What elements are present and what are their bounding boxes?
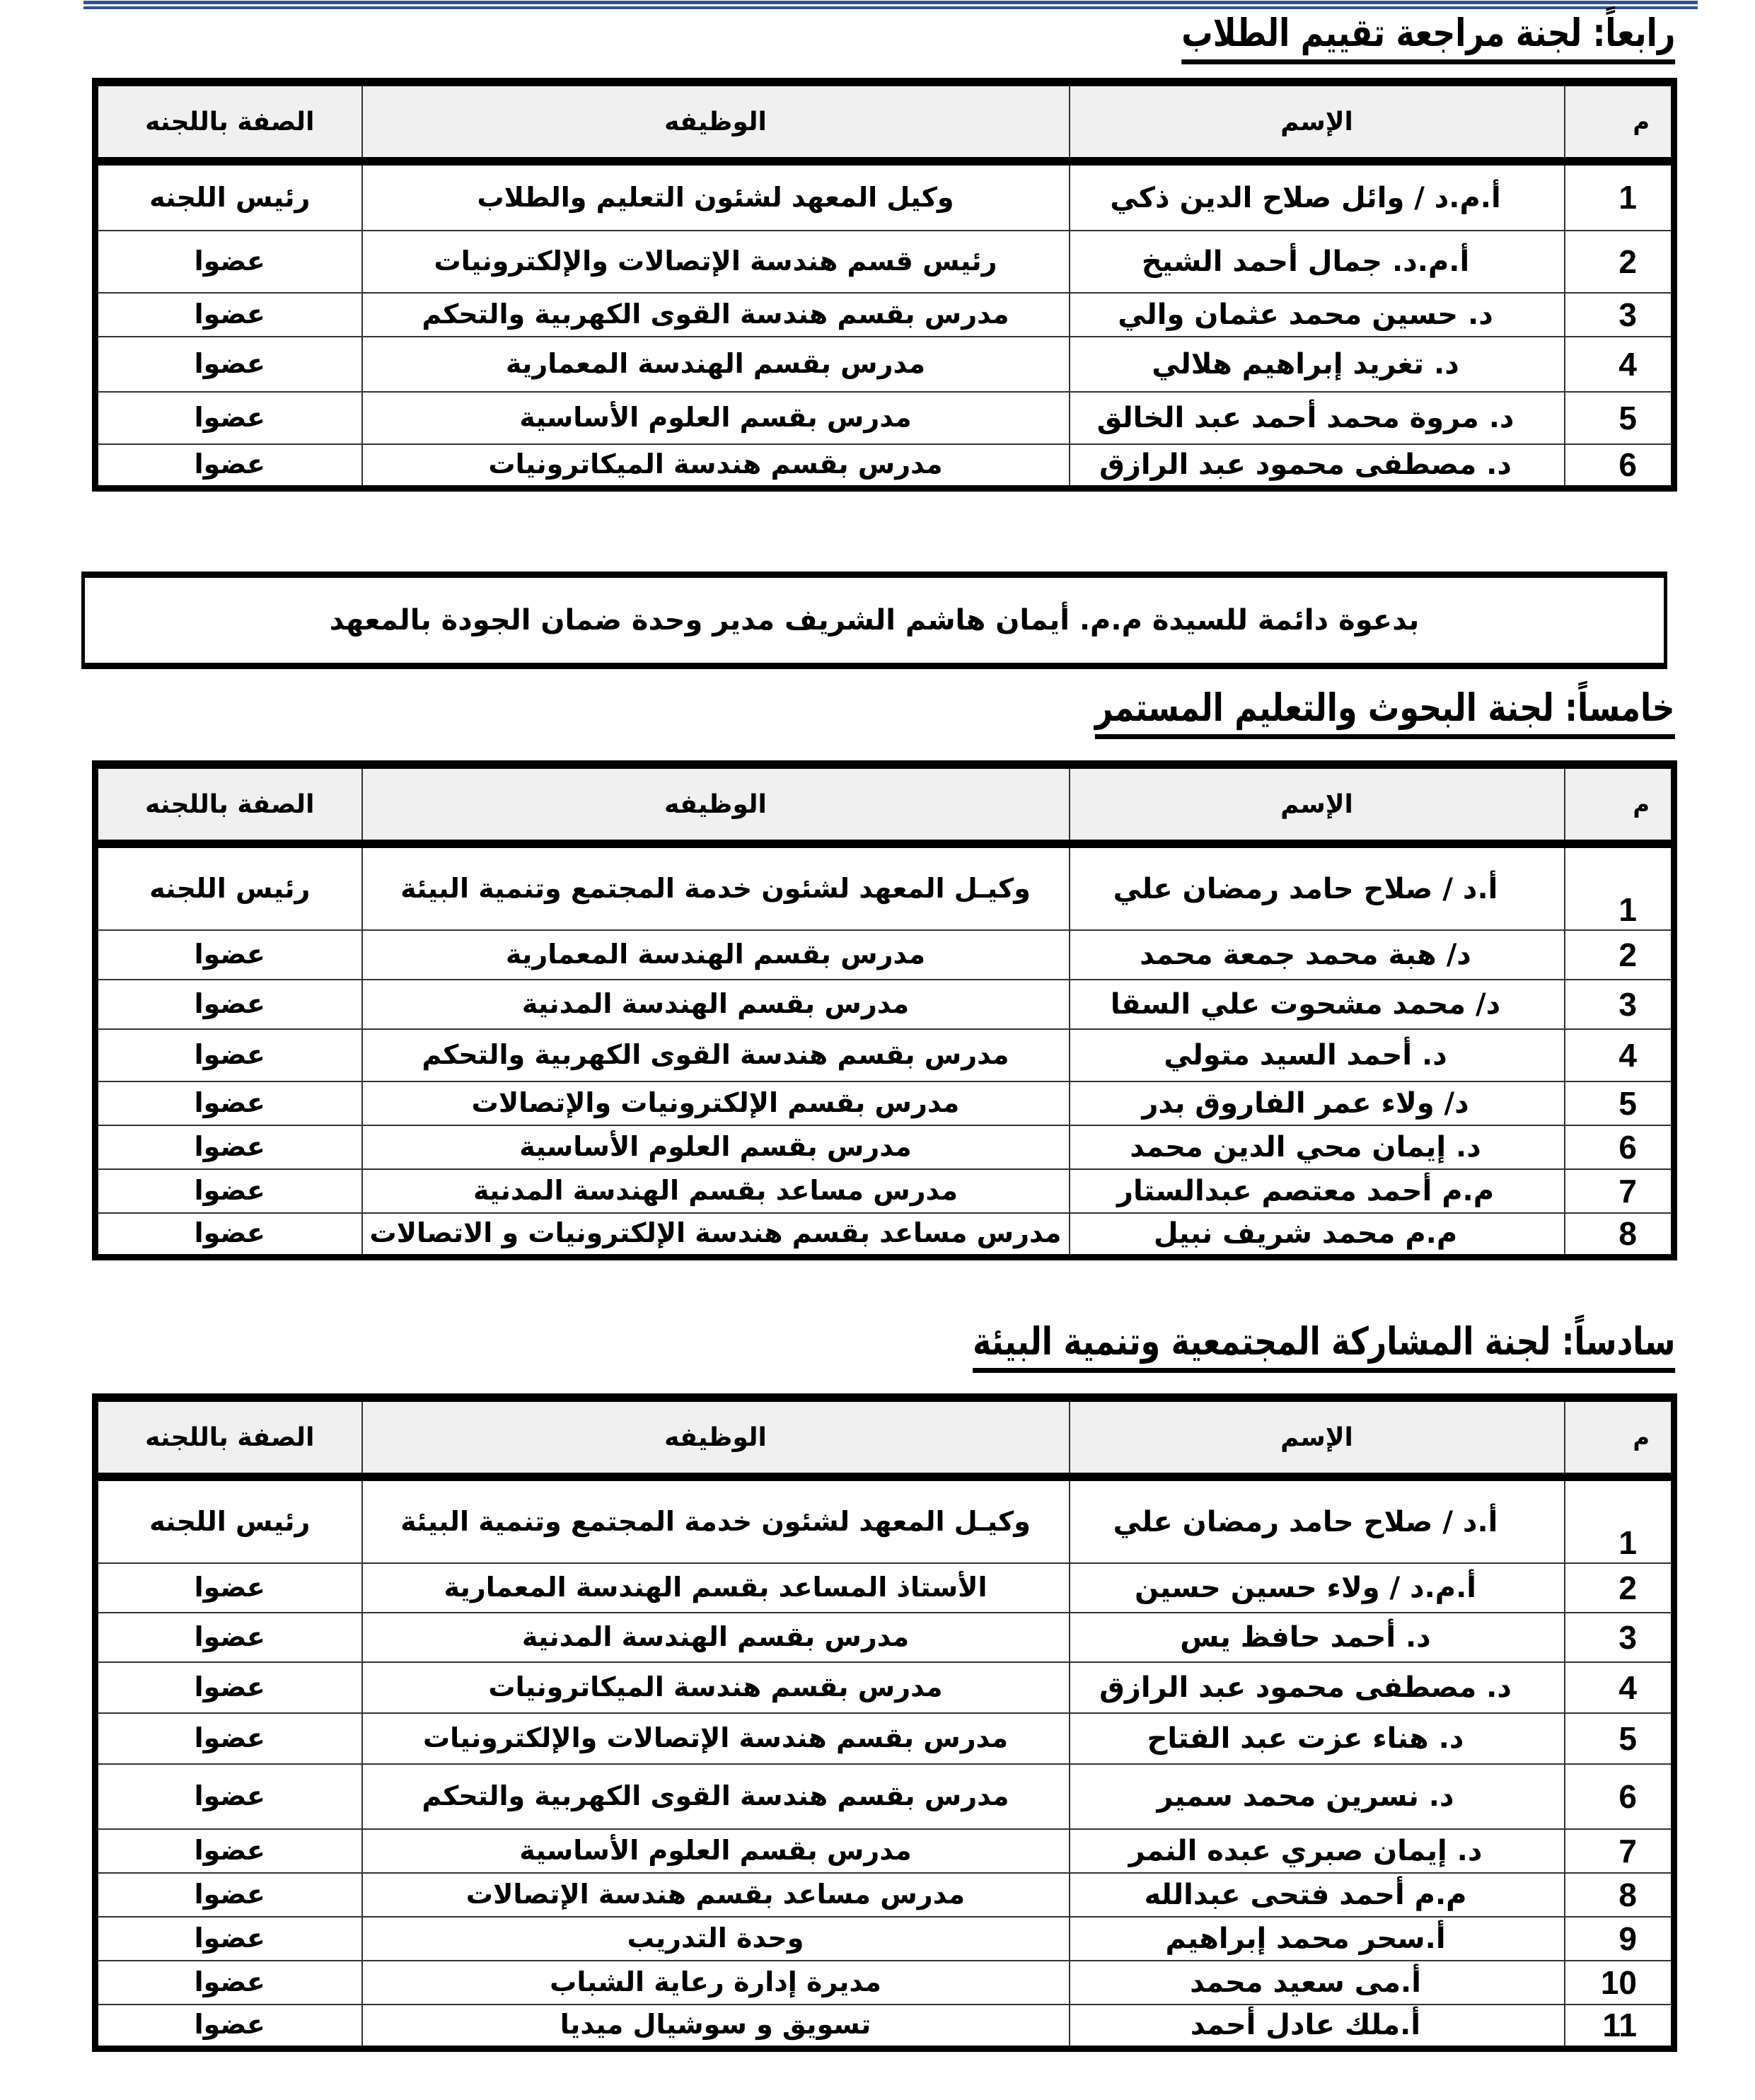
column-header-name: الإسم <box>1070 1398 1565 1477</box>
row-number: 10 <box>1565 1961 1674 2005</box>
table-row: 8 م.م أحمد فتحى عبدالله مدرس مساعد بقسم … <box>95 1873 1674 1917</box>
committee-table-student-assessment: م الإسم الوظيفه الصفة باللجنه 1 أ.م.د / … <box>92 78 1677 492</box>
column-header-role: الصفة باللجنه <box>95 765 362 844</box>
table-row: 5 د. مروة محمد أحمد عبد الخالق مدرس بقسم… <box>95 392 1674 444</box>
member-name: د. تغريد إبراهيم هلالي <box>1070 337 1565 392</box>
row-number: 7 <box>1565 1829 1674 1873</box>
row-number: 4 <box>1565 337 1674 392</box>
member-name: م.م أحمد فتحى عبدالله <box>1070 1873 1565 1917</box>
standing-invitation-box: بدعوة دائمة للسيدة م.م. أيمان هاشم الشري… <box>81 572 1667 669</box>
member-job: وحدة التدريب <box>362 1917 1070 1961</box>
row-number: 5 <box>1565 1081 1674 1125</box>
member-name: د. إيمان محي الدين محمد <box>1070 1125 1565 1169</box>
member-job: مدرس بقسم الهندسة المعمارية <box>362 930 1070 980</box>
section-heading-community: سادساً: لجنة المشاركة المجتمعية وتنمية ا… <box>973 1317 1675 1373</box>
member-name: د. حسين محمد عثمان والي <box>1070 293 1565 337</box>
table-row: 2 أ.م.د / ولاء حسين حسين الأستاذ المساعد… <box>95 1563 1674 1613</box>
member-role: عضوا <box>95 444 362 488</box>
row-number: 8 <box>1565 1213 1674 1257</box>
member-role: عضوا <box>95 1873 362 1917</box>
member-job: الأستاذ المساعد بقسم الهندسة المعمارية <box>362 1563 1070 1613</box>
row-number: 1 <box>1565 161 1674 231</box>
column-header-name: الإسم <box>1070 765 1565 844</box>
member-role: عضوا <box>95 980 362 1029</box>
column-header-role: الصفة باللجنه <box>95 82 362 161</box>
member-role: رئيس اللجنه <box>95 161 362 231</box>
member-job: مدرس مساعد بقسم هندسة الإتصالات <box>362 1873 1070 1917</box>
member-name: د/ هبة محمد جمعة محمد <box>1070 930 1565 980</box>
section-heading-student-assessment: رابعاً: لجنة مراجعة تقييم الطلاب <box>1181 8 1675 64</box>
member-job: مدرس بقسم هندسة القوى الكهربية والتحكم <box>362 293 1070 337</box>
member-name: د. نسرين محمد سمير <box>1070 1764 1565 1829</box>
member-job: مدرس بقسم الإلكترونيات والإتصالات <box>362 1081 1070 1125</box>
member-name: أ.سحر محمد إبراهيم <box>1070 1917 1565 1961</box>
table-header-row: م الإسم الوظيفه الصفة باللجنه <box>95 82 1674 161</box>
row-number: 5 <box>1565 392 1674 444</box>
row-number: 2 <box>1565 930 1674 980</box>
member-job: وكيل المعهد لشئون التعليم والطلاب <box>362 161 1070 231</box>
row-number: 6 <box>1565 1125 1674 1169</box>
member-role: عضوا <box>95 1029 362 1081</box>
column-header-job: الوظيفه <box>362 82 1070 161</box>
table-row: 5 د/ ولاء عمر الفاروق بدر مدرس بقسم الإل… <box>95 1081 1674 1125</box>
row-number: 2 <box>1565 1563 1674 1613</box>
column-header-number: م <box>1565 765 1674 844</box>
row-number: 6 <box>1565 1764 1674 1829</box>
member-job: مدرس بقسم هندسة الإتصالات والإلكترونيات <box>362 1713 1070 1764</box>
member-role: عضوا <box>95 1917 362 1961</box>
member-role: رئيس اللجنه <box>95 1477 362 1563</box>
member-name: أ.مى سعيد محمد <box>1070 1961 1565 2005</box>
member-name: د. مصطفى محمود عبد الرازق <box>1070 444 1565 488</box>
member-job: مدرس بقسم الهندسة المدنية <box>362 980 1070 1029</box>
row-number: 3 <box>1565 980 1674 1029</box>
member-job: مدرس بقسم هندسة القوى الكهربية والتحكم <box>362 1764 1070 1829</box>
row-number: 6 <box>1565 444 1674 488</box>
member-role: عضوا <box>95 1713 362 1764</box>
member-name: د. إيمان صبري عبده النمر <box>1070 1829 1565 1873</box>
member-name: م.م أحمد معتصم عبدالستار <box>1070 1169 1565 1213</box>
table-row: 4 د. أحمد السيد متولي مدرس بقسم هندسة ال… <box>95 1029 1674 1081</box>
table-header-row: م الإسم الوظيفه الصفة باللجنه <box>95 1398 1674 1477</box>
member-job: مدرس بقسم العلوم الأساسية <box>362 392 1070 444</box>
table-row: 1 أ.م.د / وائل صلاح الدين ذكي وكيل المعه… <box>95 161 1674 231</box>
table-row: 4 د. تغريد إبراهيم هلالي مدرس بقسم الهند… <box>95 337 1674 392</box>
table-row: 7 د. إيمان صبري عبده النمر مدرس بقسم الع… <box>95 1829 1674 1873</box>
member-name: د/ محمد مشحوت علي السقا <box>1070 980 1565 1029</box>
member-name: د. هناء عزت عبد الفتاح <box>1070 1713 1565 1764</box>
member-role: عضوا <box>95 1081 362 1125</box>
row-number: 5 <box>1565 1713 1674 1764</box>
top-rule <box>83 1 1698 4</box>
table-row: 3 د. أحمد حافظ يس مدرس بقسم الهندسة المد… <box>95 1613 1674 1662</box>
member-role: عضوا <box>95 1829 362 1873</box>
table-row: 5 د. هناء عزت عبد الفتاح مدرس بقسم هندسة… <box>95 1713 1674 1764</box>
member-name: د. أحمد السيد متولي <box>1070 1029 1565 1081</box>
table-row: 4 د. مصطفى محمود عبد الرازق مدرس بقسم هن… <box>95 1662 1674 1713</box>
table-header-row: م الإسم الوظيفه الصفة باللجنه <box>95 765 1674 844</box>
member-name: م.م محمد شريف نبيل <box>1070 1213 1565 1257</box>
member-role: عضوا <box>95 231 362 293</box>
row-number: 3 <box>1565 1613 1674 1662</box>
table-row: 3 د/ محمد مشحوت علي السقا مدرس بقسم الهن… <box>95 980 1674 1029</box>
table-row: 8 م.م محمد شريف نبيل مدرس مساعد بقسم هند… <box>95 1213 1674 1257</box>
column-header-role: الصفة باللجنه <box>95 1398 362 1477</box>
member-name: د. مصطفى محمود عبد الرازق <box>1070 1662 1565 1713</box>
member-name: أ.ملك عادل أحمد <box>1070 2005 1565 2048</box>
table-row: 1 أ.د / صلاح حامد رمضان علي وكيـل المعهد… <box>95 1477 1674 1563</box>
member-role: عضوا <box>95 1169 362 1213</box>
table-row: 7 م.م أحمد معتصم عبدالستار مدرس مساعد بق… <box>95 1169 1674 1213</box>
section-heading-research: خامساً: لجنة البحوث والتعليم المستمر <box>1095 683 1675 739</box>
member-name: د/ ولاء عمر الفاروق بدر <box>1070 1081 1565 1125</box>
table-row: 10 أ.مى سعيد محمد مديرة إدارة رعاية الشب… <box>95 1961 1674 2005</box>
member-job: مدرس بقسم هندسة الميكاترونيات <box>362 1662 1070 1713</box>
member-job: تسويق و سوشيال ميديا <box>362 2005 1070 2048</box>
member-name: أ.م.د / ولاء حسين حسين <box>1070 1563 1565 1613</box>
member-role: عضوا <box>95 2005 362 2048</box>
member-name: أ.د / صلاح حامد رمضان علي <box>1070 844 1565 930</box>
column-header-job: الوظيفه <box>362 765 1070 844</box>
member-name: أ.م.د. جمال أحمد الشيخ <box>1070 231 1565 293</box>
committee-table-community: م الإسم الوظيفه الصفة باللجنه 1 أ.د / صل… <box>92 1393 1677 2052</box>
member-job: مدرس بقسم العلوم الأساسية <box>362 1125 1070 1169</box>
table-row: 6 د. نسرين محمد سمير مدرس بقسم هندسة الق… <box>95 1764 1674 1829</box>
table-row: 1 أ.د / صلاح حامد رمضان علي وكيـل المعهد… <box>95 844 1674 930</box>
row-number: 4 <box>1565 1029 1674 1081</box>
member-job: مدرس بقسم الهندسة المدنية <box>362 1613 1070 1662</box>
table-row: 11 أ.ملك عادل أحمد تسويق و سوشيال ميديا … <box>95 2005 1674 2048</box>
table-row: 3 د. حسين محمد عثمان والي مدرس بقسم هندس… <box>95 293 1674 337</box>
member-role: عضوا <box>95 1613 362 1662</box>
member-role: عضوا <box>95 293 362 337</box>
row-number: 9 <box>1565 1917 1674 1961</box>
column-header-name: الإسم <box>1070 82 1565 161</box>
member-name: أ.د / صلاح حامد رمضان علي <box>1070 1477 1565 1563</box>
member-role: عضوا <box>95 1764 362 1829</box>
member-job: مدرس بقسم العلوم الأساسية <box>362 1829 1070 1873</box>
table-row: 9 أ.سحر محمد إبراهيم وحدة التدريب عضوا <box>95 1917 1674 1961</box>
member-job: مديرة إدارة رعاية الشباب <box>362 1961 1070 2005</box>
member-job: وكيـل المعهد لشئون خدمة المجتمع وتنمية ا… <box>362 1477 1070 1563</box>
table-row: 2 أ.م.د. جمال أحمد الشيخ رئيس قسم هندسة … <box>95 231 1674 293</box>
member-name: د. أحمد حافظ يس <box>1070 1613 1565 1662</box>
row-number: 2 <box>1565 231 1674 293</box>
member-job: وكيـل المعهد لشئون خدمة المجتمع وتنمية ا… <box>362 844 1070 930</box>
table-row: 2 د/ هبة محمد جمعة محمد مدرس بقسم الهندس… <box>95 930 1674 980</box>
table-row: 6 د. مصطفى محمود عبد الرازق مدرس بقسم هن… <box>95 444 1674 488</box>
row-number: 3 <box>1565 293 1674 337</box>
column-header-number: م <box>1565 1398 1674 1477</box>
member-name: د. مروة محمد أحمد عبد الخالق <box>1070 392 1565 444</box>
member-role: رئيس اللجنه <box>95 844 362 930</box>
member-role: عضوا <box>95 1125 362 1169</box>
member-role: عضوا <box>95 930 362 980</box>
member-role: عضوا <box>95 1213 362 1257</box>
column-header-number: م <box>1565 82 1674 161</box>
member-job: مدرس بقسم الهندسة المعمارية <box>362 337 1070 392</box>
table-row: 6 د. إيمان محي الدين محمد مدرس بقسم العل… <box>95 1125 1674 1169</box>
row-number: 8 <box>1565 1873 1674 1917</box>
committee-table-research: م الإسم الوظيفه الصفة باللجنه 1 أ.د / صل… <box>92 760 1677 1260</box>
member-role: عضوا <box>95 392 362 444</box>
row-number: 1 <box>1565 844 1674 930</box>
row-number: 4 <box>1565 1662 1674 1713</box>
member-job: رئيس قسم هندسة الإتصالات والإلكترونيات <box>362 231 1070 293</box>
standing-invitation-text: بدعوة دائمة للسيدة م.م. أيمان هاشم الشري… <box>330 604 1419 637</box>
member-role: عضوا <box>95 337 362 392</box>
member-role: عضوا <box>95 1662 362 1713</box>
member-job: مدرس مساعد بقسم هندسة الإلكترونيات و الا… <box>362 1213 1070 1257</box>
row-number: 11 <box>1565 2005 1674 2048</box>
member-job: مدرس مساعد بقسم الهندسة المدنية <box>362 1169 1070 1213</box>
member-job: مدرس بقسم هندسة الميكاترونيات <box>362 444 1070 488</box>
row-number: 1 <box>1565 1477 1674 1563</box>
member-job: مدرس بقسم هندسة القوى الكهربية والتحكم <box>362 1029 1070 1081</box>
member-name: أ.م.د / وائل صلاح الدين ذكي <box>1070 161 1565 231</box>
member-role: عضوا <box>95 1563 362 1613</box>
column-header-job: الوظيفه <box>362 1398 1070 1477</box>
member-role: عضوا <box>95 1961 362 2005</box>
row-number: 7 <box>1565 1169 1674 1213</box>
